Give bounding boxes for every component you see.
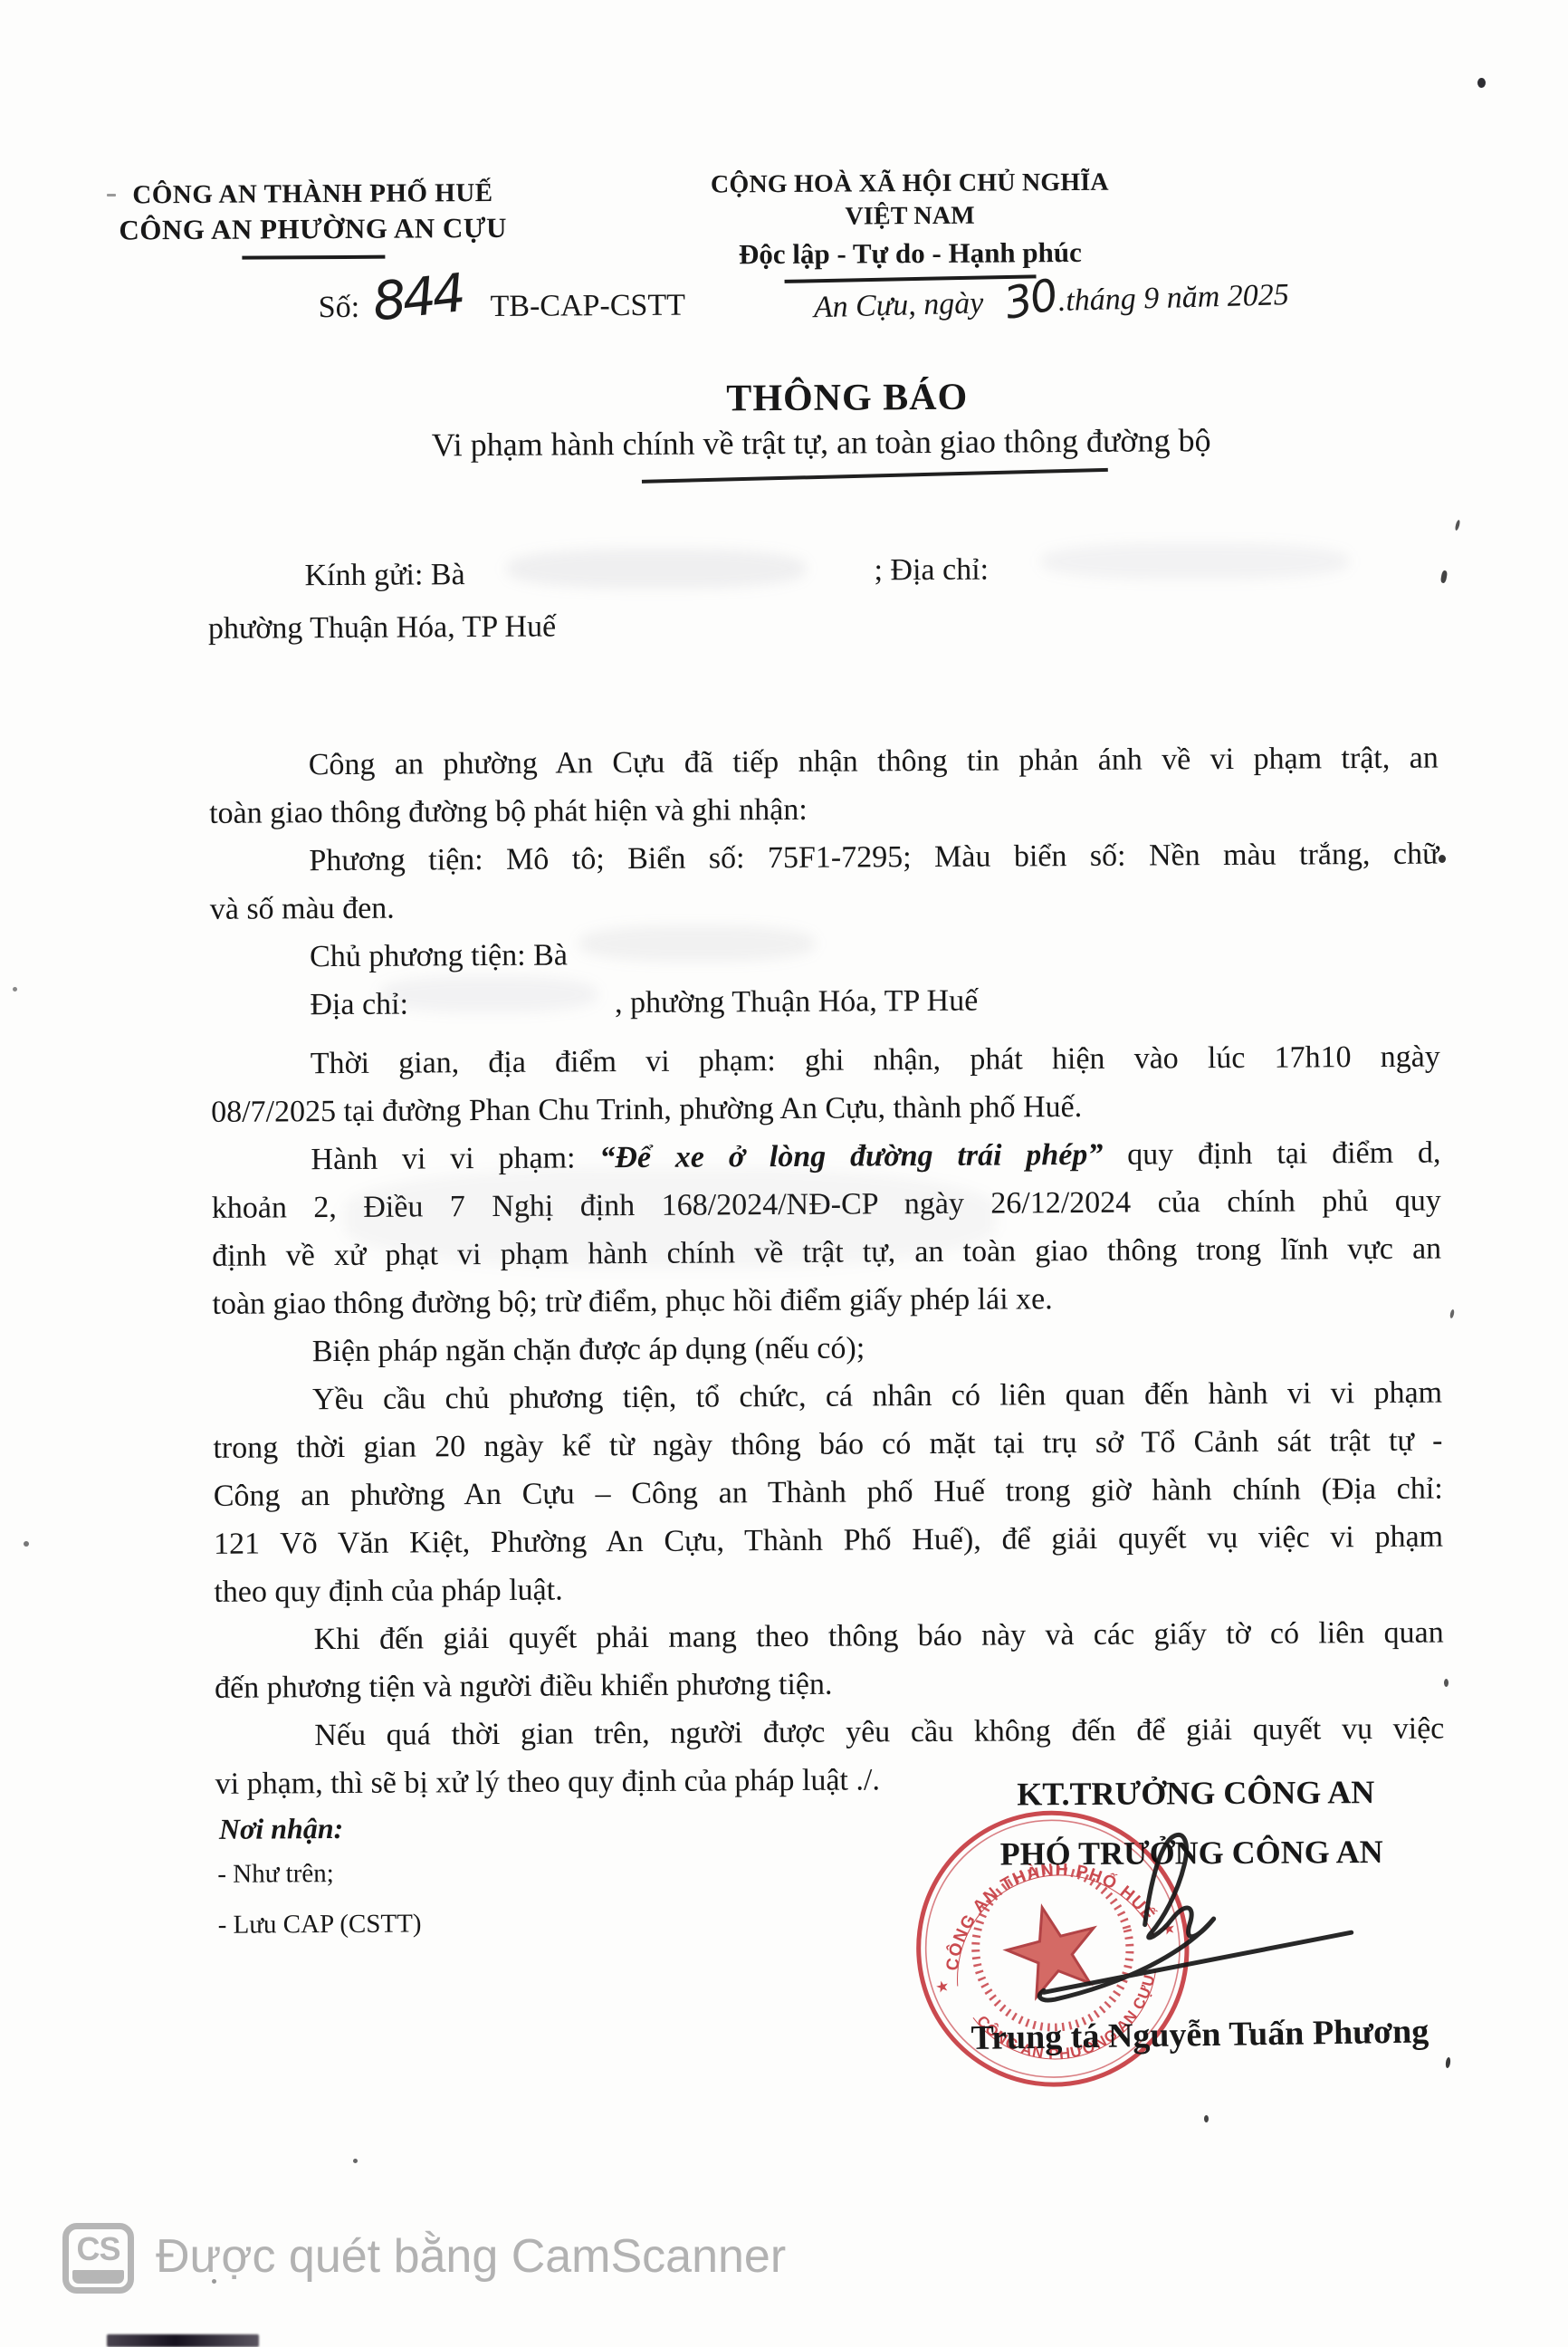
recipients-list-label: Nơi nhận:: [219, 1812, 343, 1846]
recipient-label: Kính gửi: Bà: [304, 558, 464, 593]
body-line: Công an phường An Cựu – Công an Thành ph…: [214, 1465, 1443, 1520]
document-body: Công an phường An Cựu đã tiếp nhận thông…: [209, 734, 1445, 1808]
signer-name: Trung tá Nguyễn Tuấn Phương: [937, 2011, 1463, 2059]
header-right-underline: [785, 274, 1037, 283]
body-line: đến phương tiện và người điều khiển phươ…: [215, 1657, 1444, 1712]
body-line: Yều cầu chủ phương tiện, tổ chức, cá nhâ…: [213, 1369, 1442, 1424]
scanned-document-page: CÔNG AN THÀNH PHỐ HUẾ CÔNG AN PHƯỜNG AN …: [0, 0, 1568, 2347]
body-line: Chủ phương tiện: Bà: [210, 926, 1439, 982]
header-left-underline: [242, 255, 385, 260]
body-line: Phương tiện: Mô tô; Biển số: 75F1-7295; …: [209, 830, 1439, 886]
address-blank-gap: [408, 1012, 615, 1013]
scan-edge-artifact: [107, 2334, 259, 2347]
scan-speckle: [1444, 1679, 1448, 1687]
issuing-authority-block: CÔNG AN THÀNH PHỐ HUẾ CÔNG AN PHƯỜNG AN …: [111, 176, 515, 261]
body-line: Khi đến giải quyết phải mang theo thông …: [215, 1609, 1444, 1664]
document-title: THÔNG BÁO: [726, 376, 968, 421]
redacted-name-smudge: [507, 549, 806, 589]
document-number-row: Số: 844 TB-CAP-CSTT: [319, 289, 685, 325]
camscanner-cs-icon: CS: [62, 2223, 134, 2294]
body-line: toàn giao thông đường bộ phát hiện và gh…: [209, 782, 1439, 838]
body-line: 08/7/2025 tại đường Phan Chu Trinh, phườ…: [211, 1081, 1440, 1136]
recipient-address-label: ; Địa chỉ:: [874, 553, 989, 589]
scan-speckle: [353, 2159, 358, 2163]
recipient-ward: phường Thuận Hóa, TP Huế: [208, 610, 556, 647]
scan-smudge: [344, 1168, 996, 1268]
date-day-handwritten: 30: [1000, 270, 1061, 330]
body-line: trong thời gian 20 ngày kể từ ngày thông…: [213, 1417, 1442, 1472]
address-rest: , phường Thuận Hóa, TP Huế: [615, 984, 978, 1020]
scan-speckle: [1439, 855, 1446, 863]
scan-speckle: [24, 1541, 29, 1547]
date-suffix: .tháng 9 năm 2025: [1057, 278, 1289, 318]
authority-unit: CÔNG AN PHƯỜNG AN CỰU: [111, 210, 514, 250]
redacted-address-smudge: [1041, 543, 1349, 580]
document-number-label: Số:: [319, 291, 360, 324]
document-number-handwritten: 844: [369, 262, 465, 333]
violation-suffix: quy định tại điểm d,: [1103, 1136, 1440, 1172]
body-line: 121 Võ Văn Kiệt, Phường An Cựu, Thành Ph…: [214, 1513, 1443, 1568]
scan-speckle: [1204, 2115, 1209, 2122]
authority-parent: CÔNG AN THÀNH PHỐ HUẾ: [111, 176, 514, 213]
body-line: Biện pháp ngăn chặn được áp dụng (nếu có…: [213, 1321, 1442, 1376]
body-line: Nếu quá thời gian trên, người được yêu c…: [215, 1705, 1444, 1760]
stamp-left-star-icon: ★: [933, 1977, 951, 1997]
scan-speckle: [13, 987, 17, 991]
body-line: theo quy định của pháp luật.: [214, 1561, 1443, 1616]
scan-speckle: [107, 194, 116, 196]
document-subtitle: Vi phạm hành chính về trật tự, an toàn g…: [376, 421, 1267, 465]
body-line: Thời gian, địa điểm vi phạm: ghi nhận, p…: [211, 1033, 1440, 1088]
recipients-list-item: - Như trên;: [217, 1859, 334, 1890]
country-name: CỘNG HOÀ XÃ HỘI CHỦ NGHĨA VIỆT NAM: [688, 167, 1132, 235]
camscanner-watermark-text: Được quét bằng CamScanner: [156, 2229, 786, 2284]
document-number-suffix: TB-CAP-CSTT: [490, 289, 685, 323]
camscanner-icon-bar: [72, 2270, 124, 2284]
body-line: và số màu đen.: [210, 878, 1439, 934]
recipients-list-item: - Lưu CAP (CSTT): [218, 1909, 422, 1940]
body-line: toàn giao thông đường bộ; trừ điểm, phục…: [212, 1273, 1441, 1328]
body-line: Công an phường An Cựu đã tiếp nhận thông…: [209, 734, 1439, 790]
redacted-owner-smudge: [579, 925, 815, 962]
place-date-line: An Cựu, ngày 30 .tháng 9 năm 2025: [813, 278, 1289, 325]
subtitle-underline: [642, 468, 1108, 484]
date-prefix: An Cựu, ngày: [813, 286, 984, 324]
redacted-address2-smudge: [380, 976, 598, 1012]
national-motto-block: CỘNG HOÀ XÃ HỘI CHỦ NGHĨA VIỆT NAM Độc l…: [688, 167, 1133, 283]
camscanner-icon-label: CS: [69, 2230, 128, 2268]
motto: Độc lập - Tự do - Hạnh phúc: [688, 234, 1132, 273]
scan-speckle: [1477, 78, 1486, 88]
